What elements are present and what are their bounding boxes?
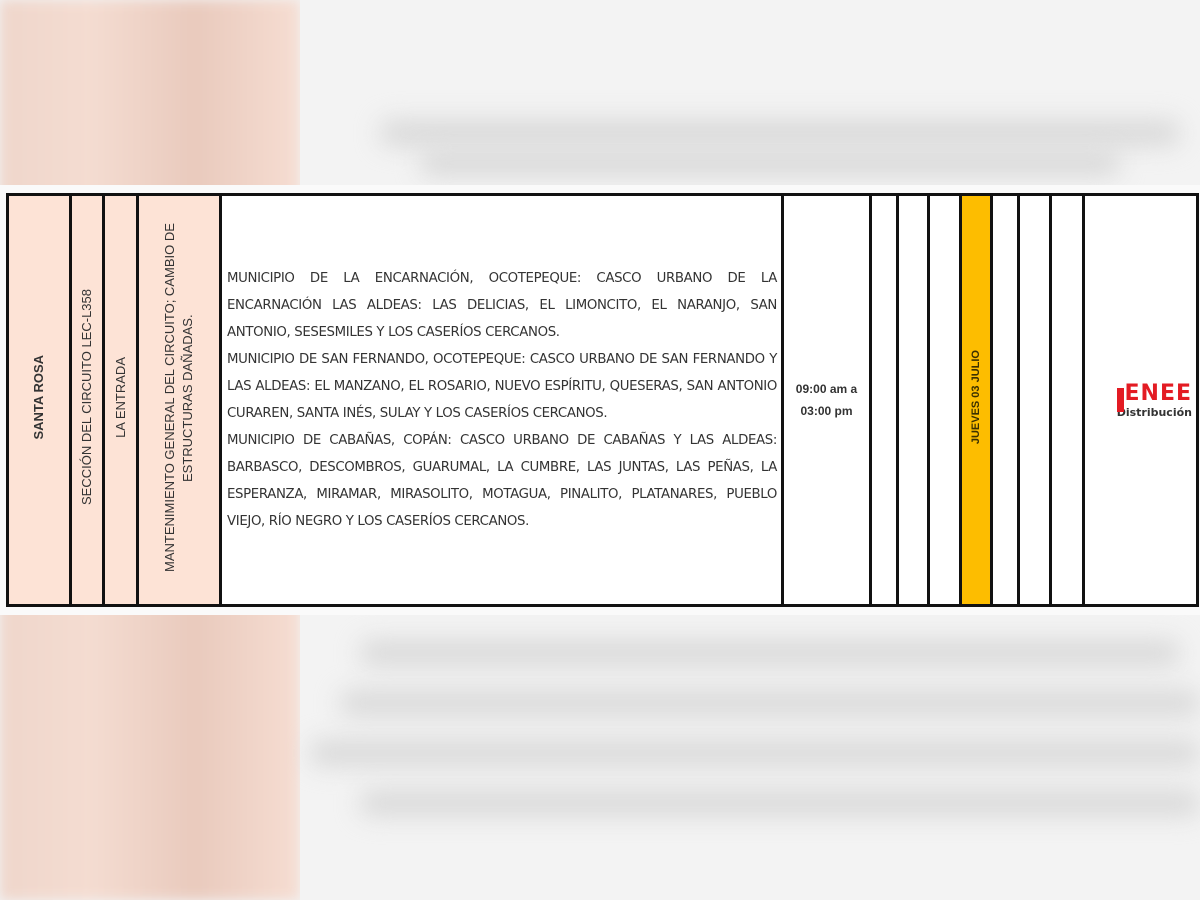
area-paragraph: MUNICIPIO DE CABAÑAS, COPÁN: CASCO URBAN… (227, 427, 777, 535)
affected-areas-cell: MUNICIPIO DE LA ENCARNACIÓN, OCOTEPEQUE:… (221, 195, 783, 606)
day-cell (898, 195, 929, 606)
time-cell: 09:00 am a 03:00 pm (783, 195, 871, 606)
substation-label: LA ENTRADA (112, 357, 130, 438)
day-cell-highlighted: JUEVES 03 JULIO (961, 195, 992, 606)
time-range: 09:00 am a 03:00 pm (784, 378, 869, 422)
area-paragraph: MUNICIPIO DE LA ENCARNACIÓN, OCOTEPEQUE:… (227, 265, 777, 346)
work-cell: MANTENIMIENTO GENERAL DEL CIRCUITO; CAMB… (138, 195, 221, 606)
affected-areas: MUNICIPIO DE LA ENCARNACIÓN, OCOTEPEQUE:… (222, 265, 781, 535)
day-cell (1051, 195, 1084, 606)
region-cell: SANTA ROSA (8, 195, 71, 606)
region-label: SANTA ROSA (30, 355, 48, 440)
table-row: SANTA ROSA SECCIÓN DEL CIRCUITO LEC-L358… (8, 195, 1198, 606)
day-cell (992, 195, 1019, 606)
day-cell (871, 195, 898, 606)
substation-cell: LA ENTRADA (104, 195, 138, 606)
work-description: MANTENIMIENTO GENERAL DEL CIRCUITO; CAMB… (161, 203, 197, 593)
day-label: JUEVES 03 JULIO (967, 350, 985, 444)
circuit-cell: SECCIÓN DEL CIRCUITO LEC-L358 (71, 195, 104, 606)
day-cell (1019, 195, 1051, 606)
logo-cell: ENEE Distribución (1084, 195, 1198, 606)
logo-name: ENEE (1125, 383, 1193, 405)
enee-logo: ENEE Distribución (1085, 382, 1196, 419)
area-paragraph: MUNICIPIO DE SAN FERNANDO, OCOTEPEQUE: C… (227, 346, 777, 427)
day-cell (929, 195, 961, 606)
logo-subtitle: Distribución (1117, 406, 1192, 419)
circuit-label: SECCIÓN DEL CIRCUITO LEC-L358 (78, 289, 96, 505)
outage-schedule-table: SANTA ROSA SECCIÓN DEL CIRCUITO LEC-L358… (6, 193, 1199, 607)
enee-logo-icon (1117, 388, 1124, 412)
